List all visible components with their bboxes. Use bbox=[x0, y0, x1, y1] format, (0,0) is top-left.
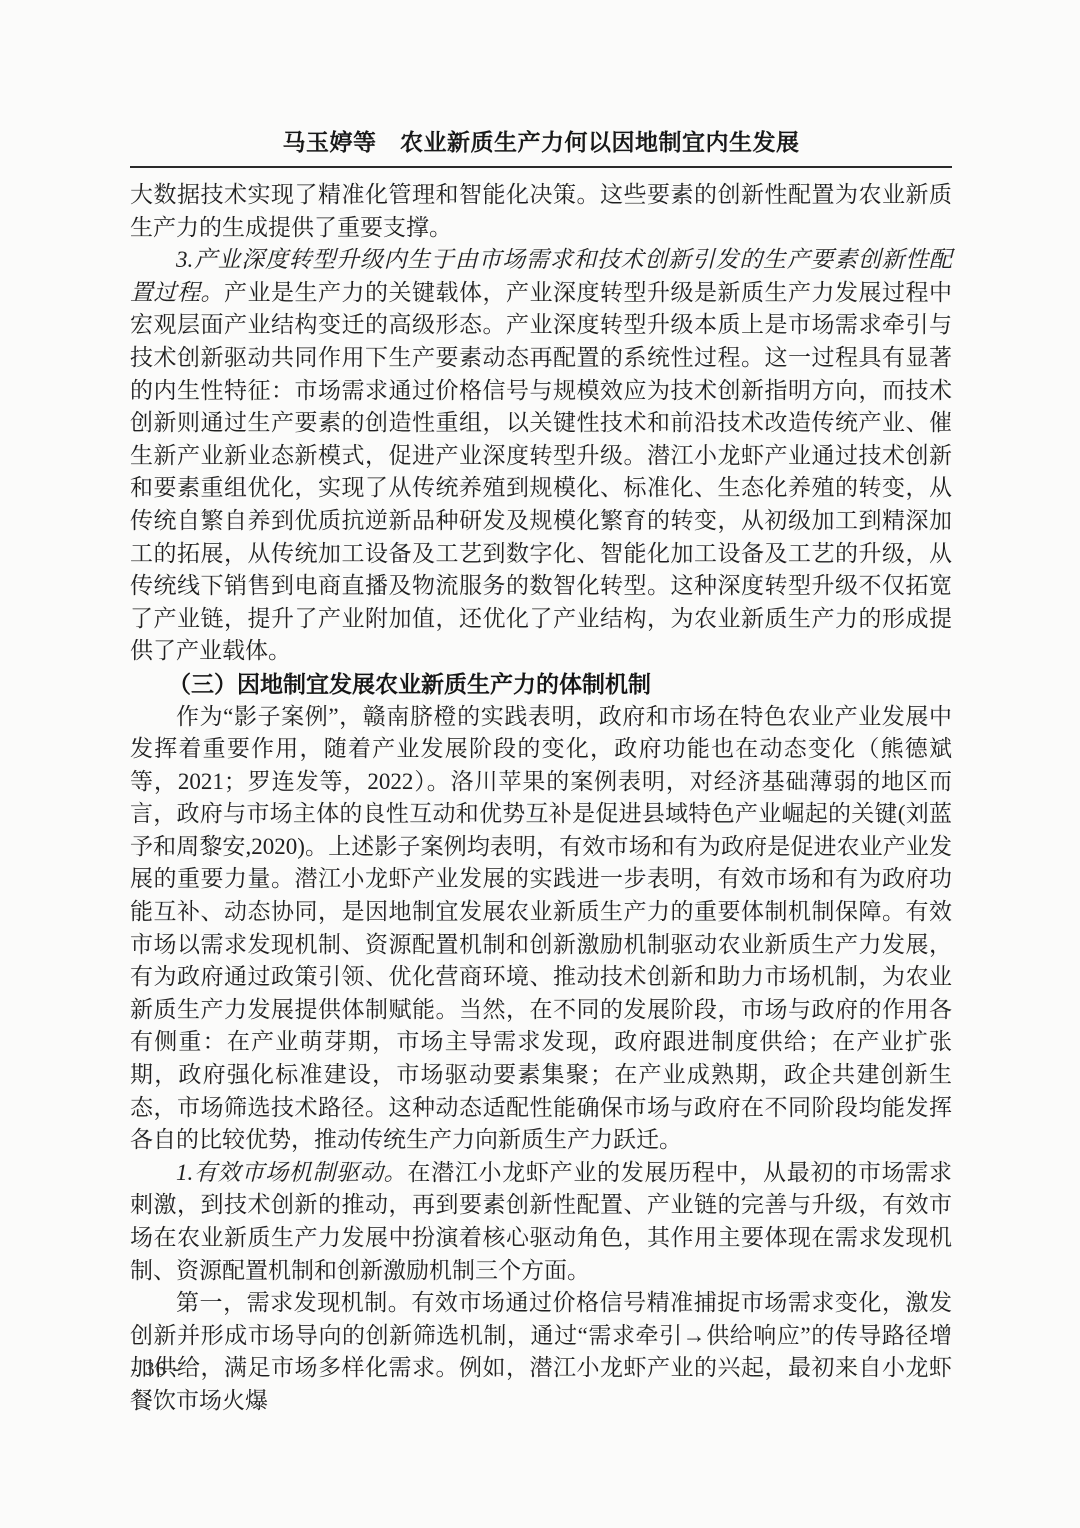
section-heading: （三）因地制宜发展农业新质生产力的体制机制 bbox=[130, 668, 952, 701]
running-header: 马玉婷等 农业新质生产力何以因地制宜内生发展 bbox=[130, 124, 952, 168]
page-number: - 36 - bbox=[131, 1358, 180, 1380]
point-1-lead: 1.有效市场机制驱动。 bbox=[176, 1160, 407, 1185]
page-footer: - 36 - bbox=[131, 1358, 180, 1381]
paragraph-first-mechanism: 第一，需求发现机制。有效市场通过价格信号精准捕捉市场需求变化，激发创新并形成市场… bbox=[130, 1287, 952, 1417]
paragraph-continuation-text: 大数据技术实现了精准化管理和智能化决策。这些要素的创新性配置为农业新质生产力的生… bbox=[130, 182, 952, 240]
header-title: 马玉婷等 农业新质生产力何以因地制宜内生发展 bbox=[130, 124, 952, 157]
document-page: 马玉婷等 农业新质生产力何以因地制宜内生发展 大数据技术实现了精准化管理和智能化… bbox=[0, 0, 1080, 1528]
body-text: 大数据技术实现了精准化管理和智能化决策。这些要素的创新性配置为农业新质生产力的生… bbox=[130, 179, 952, 1418]
paragraph-continuation: 大数据技术实现了精准化管理和智能化决策。这些要素的创新性配置为农业新质生产力的生… bbox=[130, 179, 952, 244]
paragraph-first-mechanism-text: 第一，需求发现机制。有效市场通过价格信号精准捕捉市场需求变化，激发创新并形成市场… bbox=[130, 1290, 952, 1413]
point-3-body: 产业是生产力的关键载体，产业深度转型升级是新质生产力发展过程中宏观层面产业结构变… bbox=[130, 280, 952, 664]
header-rule bbox=[130, 166, 952, 168]
paragraph-shadow-cases-text: 作为“影子案例”，赣南脐橙的实践表明，政府和市场在特色农业产业发展中发挥着重要作… bbox=[130, 704, 952, 1153]
paragraph-shadow-cases: 作为“影子案例”，赣南脐橙的实践表明，政府和市场在特色农业产业发展中发挥着重要作… bbox=[130, 701, 952, 1157]
paragraph-point-3: 3.产业深度转型升级内生于由市场需求和技术创新引发的生产要素创新性配置过程。产业… bbox=[130, 244, 952, 668]
paragraph-point-1: 1.有效市场机制驱动。在潜江小龙虾产业的发展历程中，从最初的市场需求刺激，到技术… bbox=[130, 1157, 952, 1287]
